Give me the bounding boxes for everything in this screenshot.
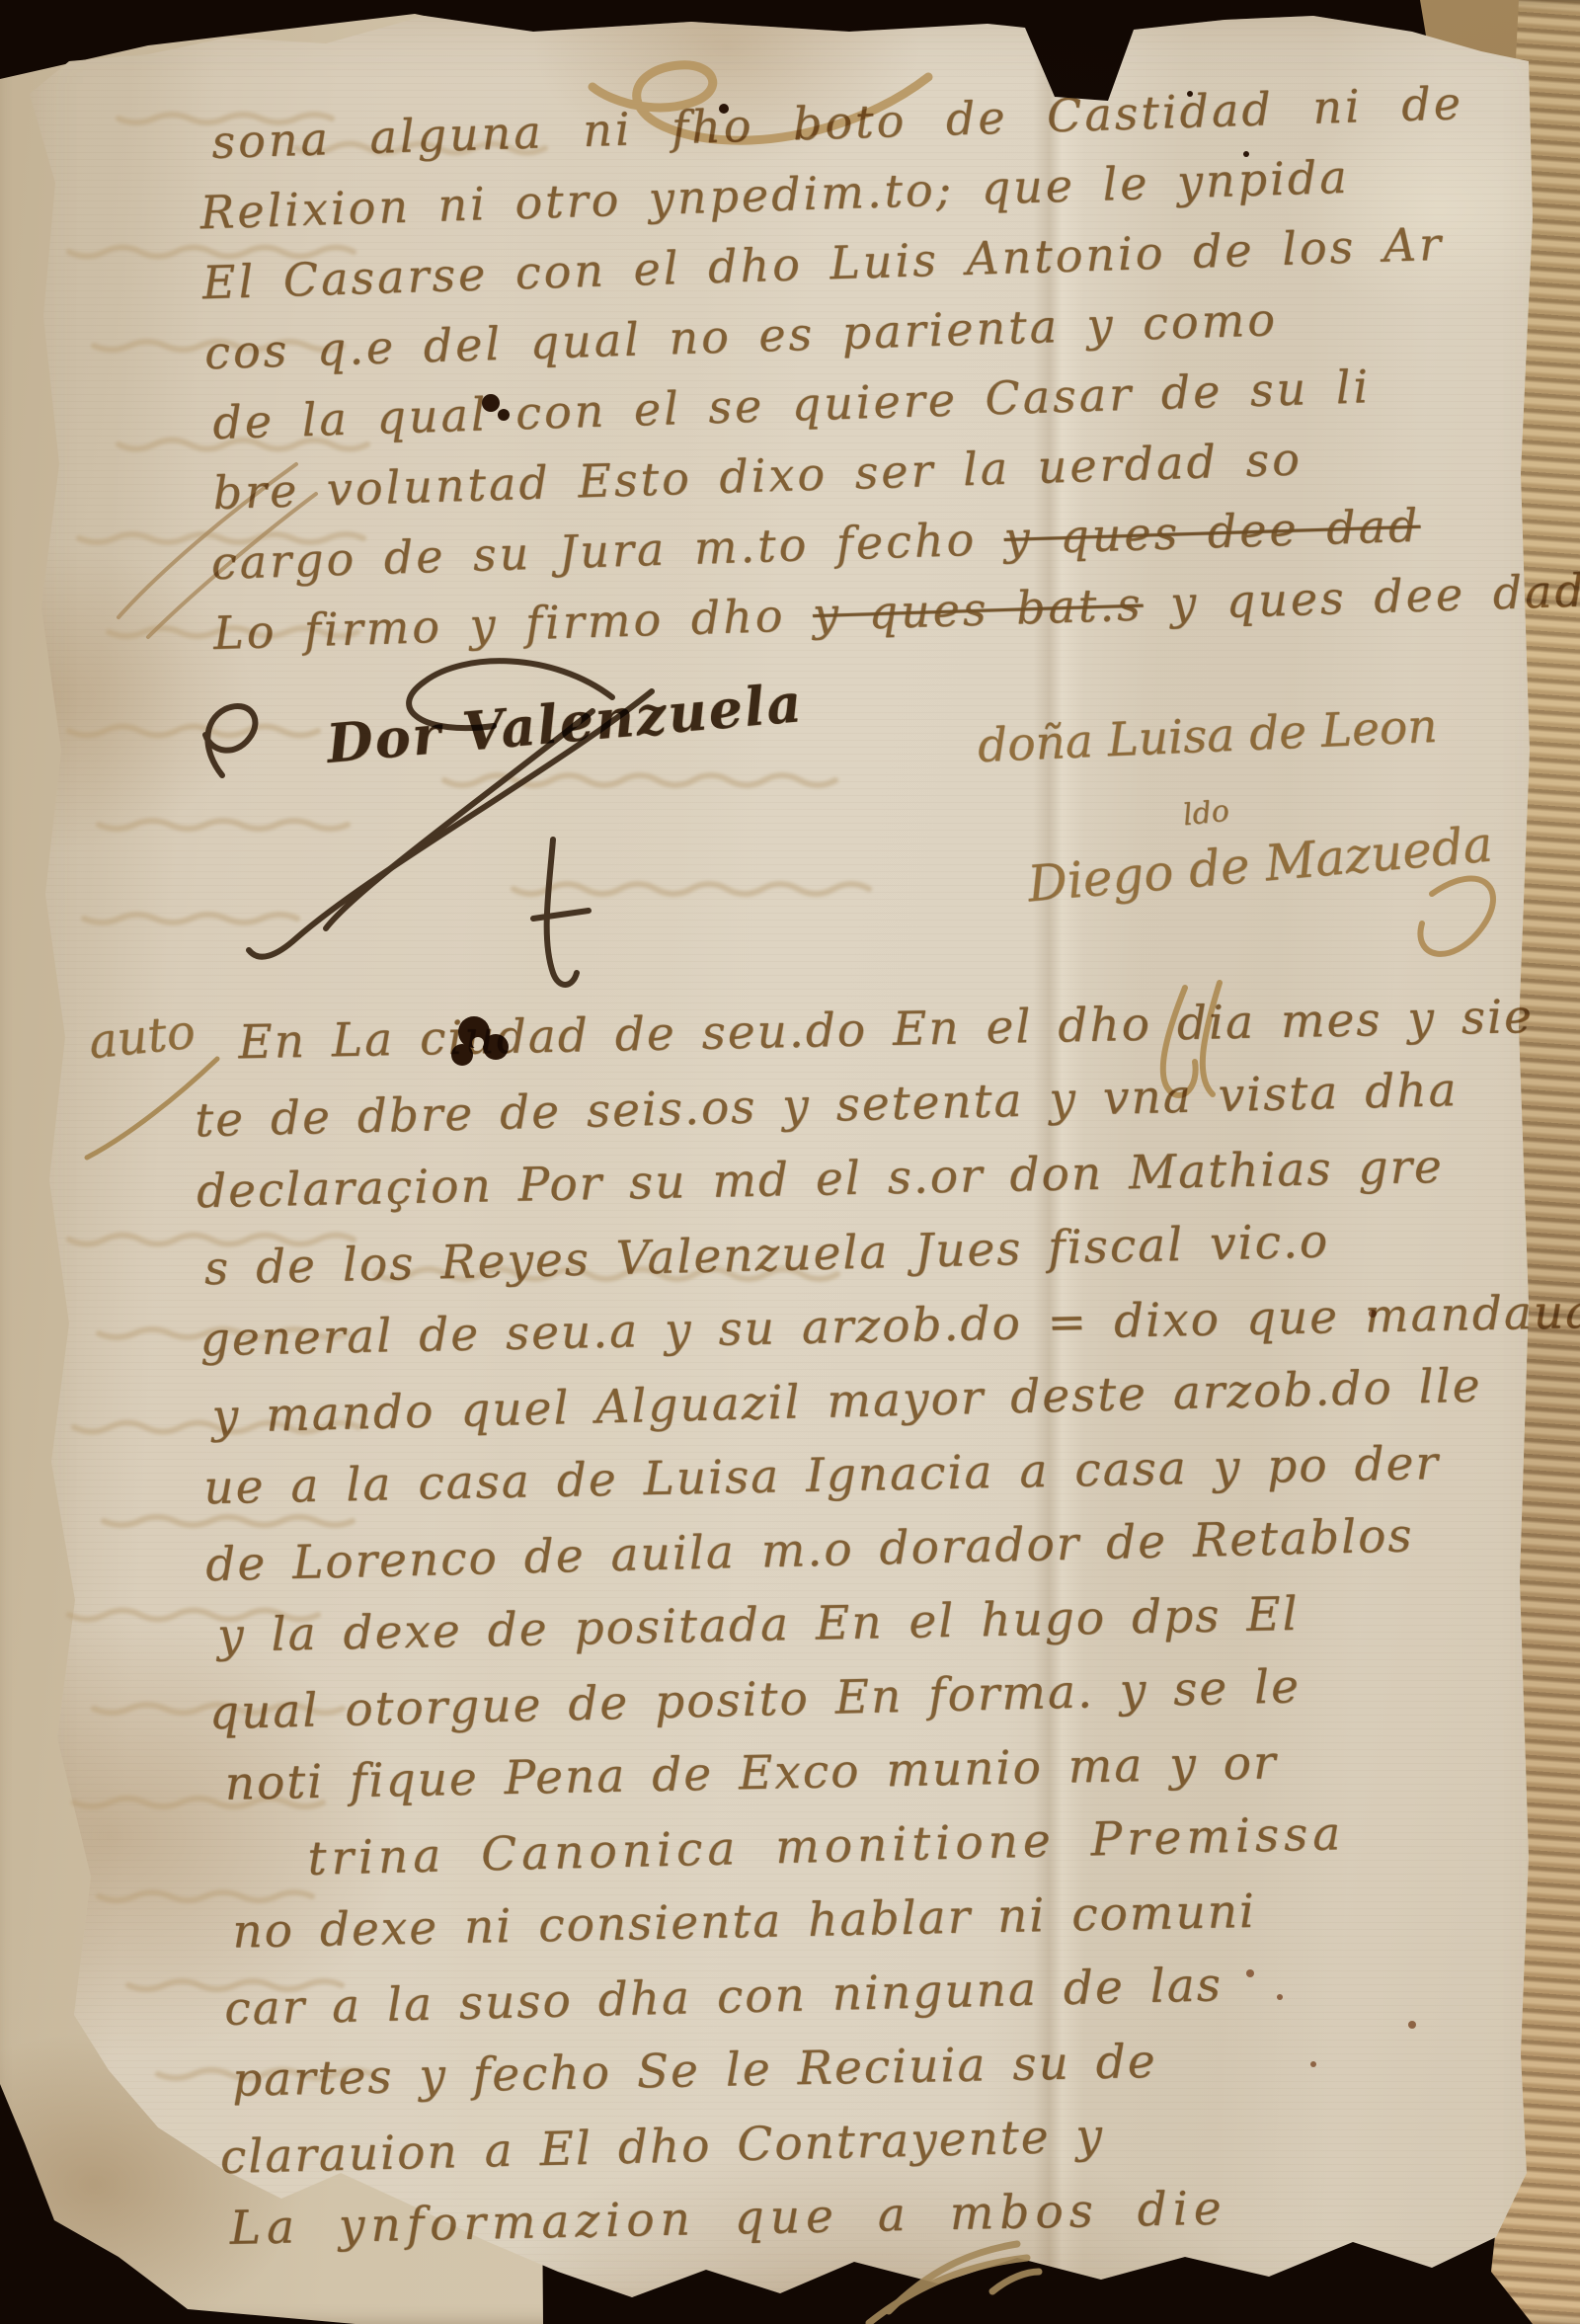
manuscript-text: y la dexe de positada En el hugo dps El xyxy=(217,1587,1301,1663)
manuscript-text: y ques dee dad no r. xyxy=(1143,559,1580,631)
paragraph-1: sona alguna ni fho boto de Castidad ni d… xyxy=(197,60,1580,669)
manuscript-text: car a la suso dha con ninguna de las xyxy=(224,1958,1224,2037)
manuscript-text: partes y fecho Se le Reciuia su de xyxy=(232,2035,1158,2108)
margin-note-auto: auto xyxy=(86,1004,197,1071)
struck-text: y ques bat.s xyxy=(812,578,1144,641)
manuscript-text: clarauion a El dho Contrayente y xyxy=(219,2109,1104,2185)
paragraph-2: En La ciudad de seu.do En el dho dia mes… xyxy=(193,976,1580,2269)
manuscript-text: noti fique Pena de Exco munio ma y or xyxy=(224,1735,1278,1810)
manuscript-text: Lo firmo y firmo dho xyxy=(212,588,814,660)
manuscript-photo: { "document": { "kind": "handwritten man… xyxy=(0,0,1580,2324)
manuscript-text: ue a la casa de Luisa Ignacia a casa y p… xyxy=(203,1436,1441,1515)
struck-text: y ques dee dad xyxy=(1003,499,1421,565)
manuscript-text: trina Canonica monitione Premissa xyxy=(307,1806,1346,1886)
licenciado-abbreviation: ldo xyxy=(1181,794,1230,834)
manuscript-text: no dexe ni consienta hablar ni comuni xyxy=(232,1884,1257,1960)
manuscript-text: La ynformazion que a mbos die xyxy=(229,2182,1227,2256)
manuscript-text: declaraçion Por su md el s.or don Mathia… xyxy=(197,1140,1445,1219)
